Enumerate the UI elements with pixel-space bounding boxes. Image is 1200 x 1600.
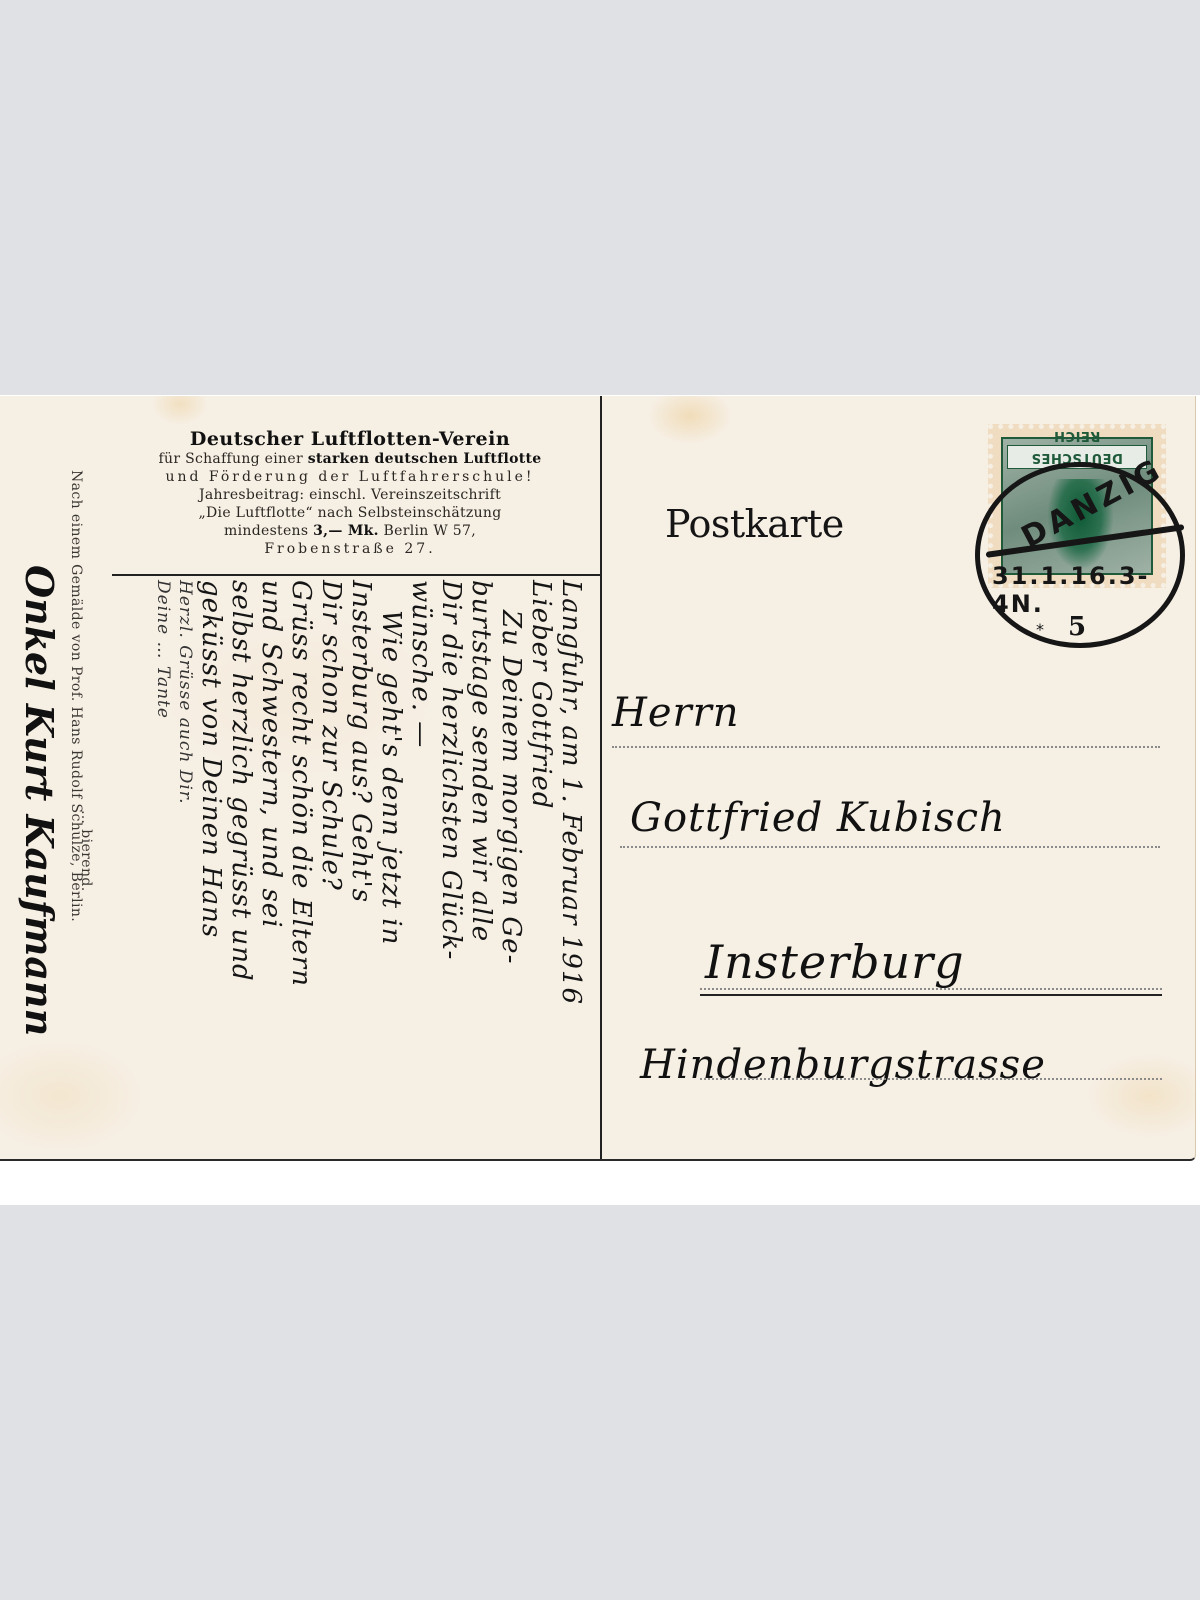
address-city: Insterburg — [705, 935, 965, 989]
association-title: Deutscher Luftflotten-Verein — [110, 428, 590, 450]
association-line: und Förderung der Luftfahrerschule! — [110, 468, 590, 486]
address-line — [700, 1078, 1162, 1080]
message-line: Langfuhr, am 1. Februar 1916 — [556, 580, 586, 1140]
message-line: Lieber Gottfried — [526, 580, 556, 1140]
association-line: mindestens 3,— Mk. Berlin W 57, — [110, 522, 590, 540]
association-text: mindestens — [224, 523, 313, 539]
message-line: und Schwestern, und sei — [256, 580, 286, 1140]
message-line: Dir schon zur Schule? — [316, 580, 346, 1140]
message-line: selbst herzlich gegrüsst und — [226, 580, 256, 1140]
association-line: „Die Luftflotte“ nach Selbsteinschätzung — [110, 504, 590, 522]
address-street: Hindenburgstrasse — [640, 1042, 1046, 1088]
address-line — [700, 988, 1162, 990]
side-signature: Onkel Kurt Kaufmann — [17, 565, 62, 1036]
address-line — [612, 746, 1160, 748]
center-divider — [600, 396, 602, 1159]
association-bold: starken deutschen Luftflotte — [308, 451, 542, 467]
message-line: Zu Deinem morgigen Ge- — [496, 580, 526, 1140]
message-line: Grüss recht schön die Eltern — [286, 580, 316, 1140]
association-line: Frobenstraße 27. — [110, 540, 590, 558]
message-line: wünsche. — — [406, 580, 436, 1140]
message-line: burtstage senden wir alle — [466, 580, 496, 1140]
association-text: für Schaffung einer — [159, 451, 308, 467]
header-rule — [112, 574, 600, 576]
message-line: Insterburg aus? Geht's — [346, 580, 376, 1140]
association-text: Berlin W 57, — [379, 523, 476, 539]
address-line — [620, 846, 1160, 848]
handwritten-message: Langfuhr, am 1. Februar 1916 Lieber Gott… — [96, 580, 586, 1140]
card-label: Postkarte — [665, 502, 844, 546]
message-line: Dir die herzlichsten Glück- — [436, 580, 466, 1140]
message-line: Wie geht's denn jetzt in — [376, 580, 406, 1140]
address-name: Gottfried Kubisch — [630, 795, 1006, 841]
association-line: Jahresbeitrag: einschl. Vereinszeitschri… — [110, 486, 590, 504]
message-postscript: Deine … Tante — [152, 580, 174, 1140]
message-line: geküsst von Deinen Hans — [196, 580, 226, 1140]
postmark-district: 5 — [1068, 612, 1086, 642]
address-underline — [700, 994, 1162, 996]
association-line: für Schaffung einer starken deutschen Lu… — [110, 450, 590, 468]
postmark-code: * — [1036, 620, 1044, 639]
message-postscript: Herzl. Grüsse auch Dir. — [174, 580, 196, 1140]
association-bold: 3,— Mk. — [313, 523, 379, 539]
address-salutation: Herrn — [612, 690, 740, 736]
printer-credit-end: … bierend. — [78, 810, 94, 892]
association-header: Deutscher Luftflotten-Verein für Schaffu… — [110, 428, 590, 558]
postmark-date: 31.1.16.3-4N. — [992, 562, 1200, 618]
